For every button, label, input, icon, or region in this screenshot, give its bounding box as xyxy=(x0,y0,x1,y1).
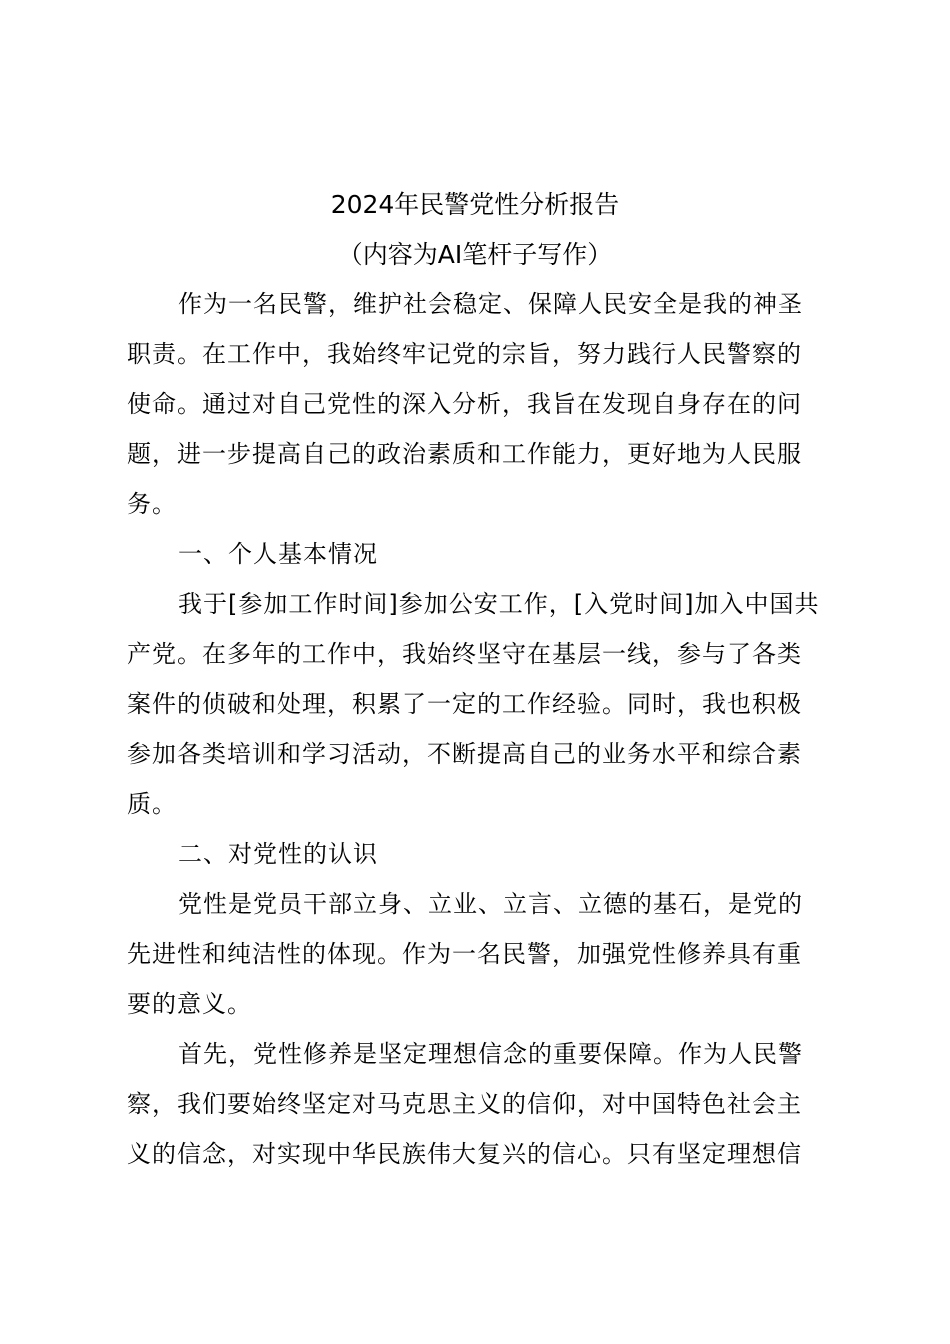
paragraph-3-line-1: 党性是党员干部立身、立业、立言、立德的基石，是党的 xyxy=(178,888,838,920)
paragraph-2-line-3: 案件的侦破和处理，积累了一定的工作经验。同时，我也积极 xyxy=(127,688,837,720)
document-subtitle: （内容为AI笔杆子写作） xyxy=(0,239,950,271)
paragraph-1-line-1: 作为一名民警，维护社会稳定、保障人民安全是我的神圣 xyxy=(178,288,838,320)
section-heading-2: 二、对党性的认识 xyxy=(178,838,838,870)
paragraph-3-line-3: 要的意义。 xyxy=(127,988,837,1020)
paragraph-2-line-1: 我于[参加工作时间]参加公安工作，[入党时间]加入中国共 xyxy=(178,588,838,620)
paragraph-1-line-4: 题，进一步提高自己的政治素质和工作能力，更好地为人民服 xyxy=(127,438,837,470)
document-title: 2024年民警党性分析报告 xyxy=(0,189,950,221)
document-page: 2024年民警党性分析报告 （内容为AI笔杆子写作） 作为一名民警，维护社会稳定… xyxy=(0,0,950,1344)
paragraph-1-line-2: 职责。在工作中，我始终牢记党的宗旨，努力践行人民警察的 xyxy=(127,338,837,370)
paragraph-1-line-3: 使命。通过对自己党性的深入分析，我旨在发现自身存在的问 xyxy=(127,388,837,420)
paragraph-1-line-5: 务。 xyxy=(127,488,837,520)
paragraph-2-line-5: 质。 xyxy=(127,788,837,820)
paragraph-4-line-1: 首先，党性修养是坚定理想信念的重要保障。作为人民警 xyxy=(178,1038,838,1070)
paragraph-4-line-2: 察，我们要始终坚定对马克思主义的信仰，对中国特色社会主 xyxy=(127,1088,837,1120)
section-heading-1: 一、个人基本情况 xyxy=(178,538,838,570)
paragraph-2-line-2: 产党。在多年的工作中，我始终坚守在基层一线，参与了各类 xyxy=(127,638,837,670)
paragraph-2-line-4: 参加各类培训和学习活动，不断提高自己的业务水平和综合素 xyxy=(127,738,837,770)
paragraph-4-line-3: 义的信念，对实现中华民族伟大复兴的信心。只有坚定理想信 xyxy=(127,1138,837,1170)
paragraph-3-line-2: 先进性和纯洁性的体现。作为一名民警，加强党性修养具有重 xyxy=(127,938,837,970)
